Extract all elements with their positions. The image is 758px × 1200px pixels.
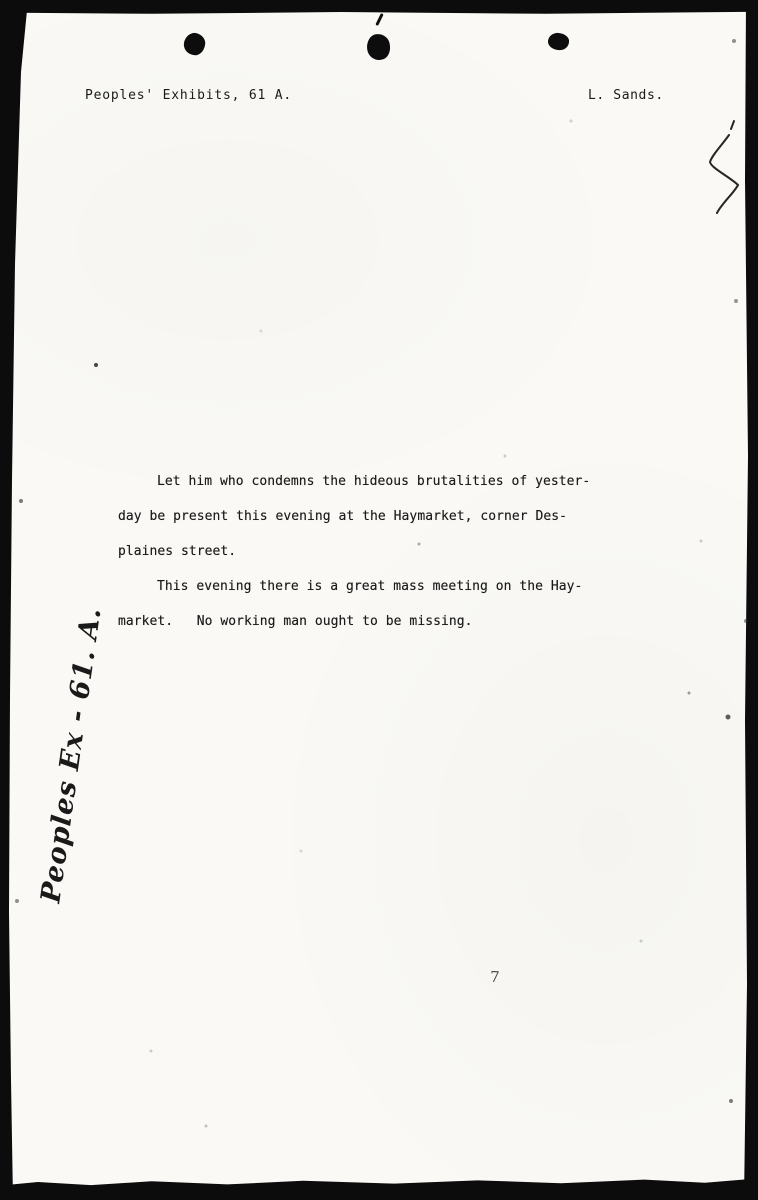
body-line: market. No working man ought to be missi… [118,604,678,639]
exhibit-label: Peoples' Exhibits, 61 A. [85,88,292,103]
stray-pen-mark: 7 [490,968,500,986]
scan-edge-top [0,0,758,15]
scan-edge-left [0,0,30,1200]
ink-blob-center [365,33,391,62]
scan-edge-bottom [0,1176,758,1200]
author-label: L. Sands. [588,88,664,103]
paper-speckles [0,0,2,2]
handwritten-exhibit-annotation: Peoples Ex - 61. A. [20,592,124,917]
ink-tick-mark [375,13,383,26]
document-body: Let him who condemns the hideous brutali… [118,464,678,639]
body-line: Let him who condemns the hideous brutali… [118,464,678,499]
body-line: plaines street. [118,534,678,569]
body-line: This evening there is a great mass meeti… [118,569,678,604]
pen-squiggle-mark [698,115,748,225]
scanned-document-page: Peoples' Exhibits, 61 A. L. Sands. Let h… [0,0,758,1200]
ink-blob-left [182,31,207,57]
body-line: day be present this evening at the Hayma… [118,499,678,534]
ink-blob-right [547,32,569,51]
